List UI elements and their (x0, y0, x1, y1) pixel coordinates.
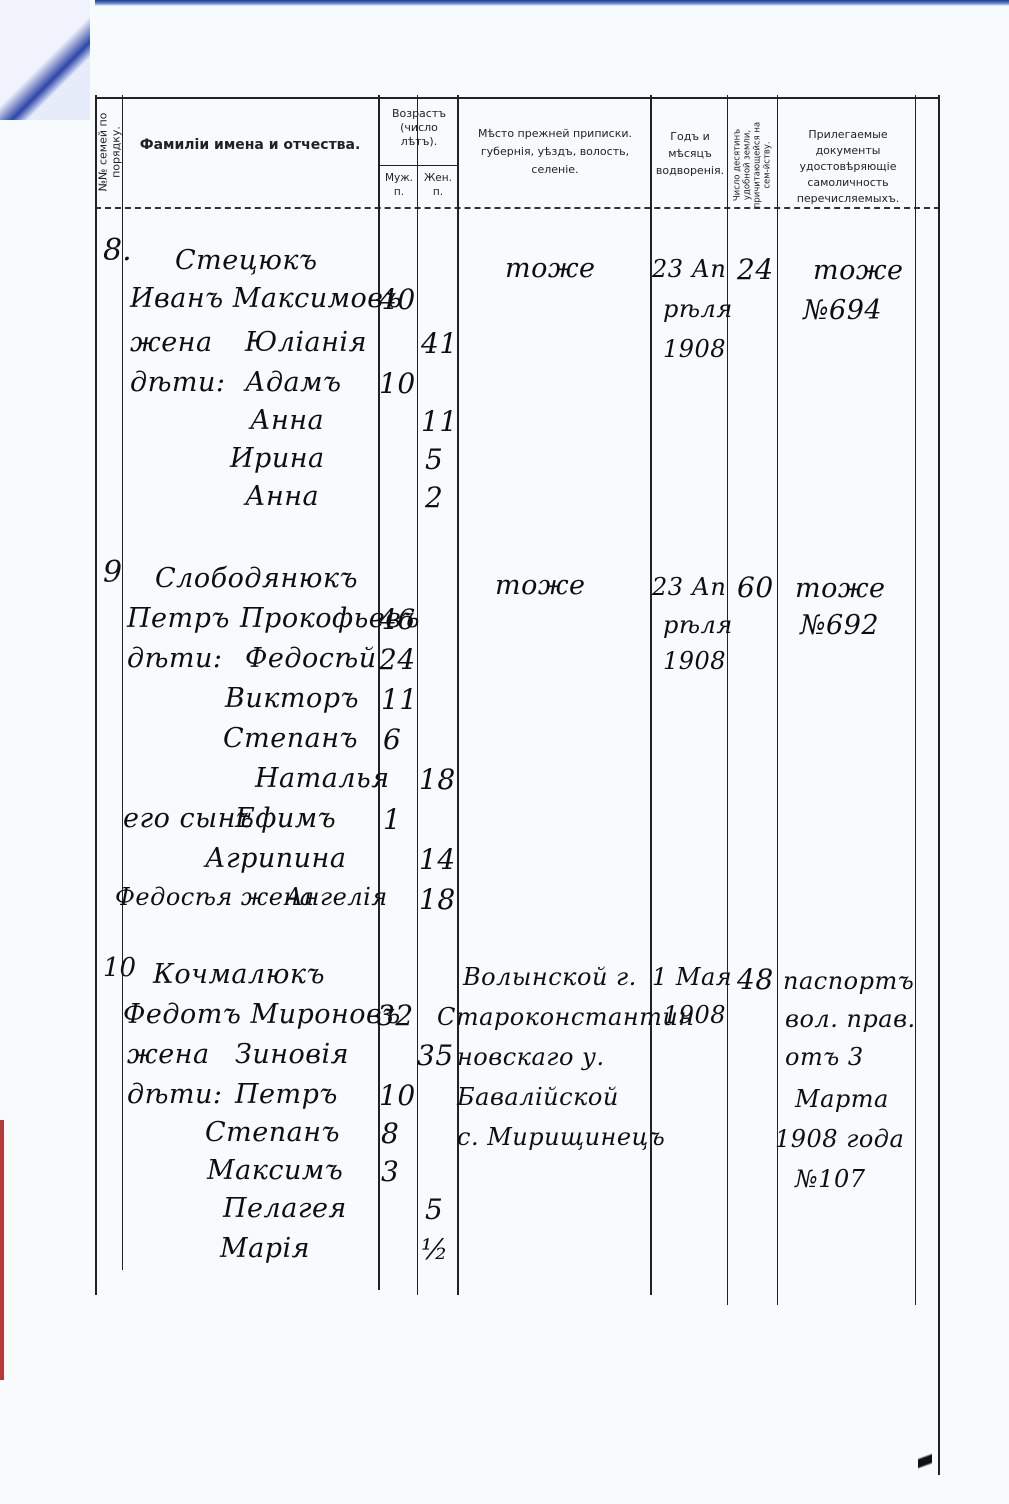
member-label: жена (130, 327, 213, 358)
ink-mark (918, 1440, 932, 1480)
table-top-rule (95, 97, 940, 99)
member-age-female: 5 (425, 1193, 443, 1226)
land-desyatinas: 24 (737, 253, 774, 286)
member-age-male: 40 (379, 283, 416, 316)
former-registration-line: с. Мирищинецъ (457, 1123, 665, 1151)
settlement-date-line: 1908 (663, 1001, 726, 1029)
header-settlement-date: Годъ и мѣсяцъ водворенiя. (653, 128, 727, 179)
header-documents: Прилегаемые документы удостовѣряющiе сам… (781, 127, 915, 207)
header-age-female: Жен. п. (419, 171, 457, 199)
member-name: Юлiанiя (245, 327, 367, 358)
document-line: тоже (813, 255, 904, 286)
member-name: Адамъ (245, 367, 342, 398)
col-line-1 (122, 95, 123, 1270)
settlement-date-line: 23 Ап (652, 573, 726, 601)
former-registration-line: новскаго у. (457, 1043, 605, 1071)
former-registration-line: Староконстантин (437, 1003, 695, 1031)
land-desyatinas: 60 (737, 571, 774, 604)
document-line: тоже (795, 573, 886, 604)
col-line-9 (938, 95, 940, 1475)
member-age-female: 2 (425, 481, 443, 514)
scan-page-fold (0, 0, 90, 120)
member-name: Степанъ (223, 723, 358, 754)
member-age-female: 41 (421, 327, 458, 360)
member-age-male: 32 (377, 999, 414, 1032)
scan-edge-left (0, 1120, 4, 1380)
member-age-female: 11 (421, 405, 458, 438)
member-name: Пелагея (223, 1193, 347, 1224)
scan-edge-top (95, 0, 1009, 6)
member-age-male: 1 (383, 803, 401, 836)
former-registration: тоже (495, 570, 586, 601)
document-line: отъ 3 (785, 1043, 864, 1071)
member-name: Петръ (235, 1079, 338, 1110)
member-name: Ангелiя (285, 883, 388, 911)
member-age-male: 10 (379, 367, 416, 400)
age-subheader-rule (380, 165, 458, 166)
col-line-4 (457, 95, 459, 1295)
header-bottom-rule (95, 207, 940, 209)
family-number: 8. (103, 233, 132, 268)
document-line: паспортъ (783, 967, 914, 995)
family-surname: Слободянюкъ (155, 563, 358, 594)
header-names: Фамилiи имена и отчества. (125, 137, 375, 153)
member-label: дѣти: (127, 643, 223, 674)
member-age-male: 11 (381, 683, 418, 716)
member-name: Анна (250, 405, 324, 436)
header-former-registration: Мѣсто прежней приписки. губернiя, уѣздъ,… (461, 125, 649, 179)
settlement-date-line: 1908 (663, 335, 726, 363)
member-label: дѣти: (127, 1079, 223, 1110)
member-name: Ирина (230, 443, 325, 474)
family-number: 10 (103, 953, 136, 983)
member-name: Викторъ (225, 683, 359, 714)
member-name: Ефимъ (235, 803, 336, 834)
member-age-female: 14 (419, 843, 456, 876)
header-family-number: №№ семей по порядку. (97, 100, 123, 205)
col-line-7 (777, 95, 778, 1305)
settlement-date-line: рѣля (663, 295, 733, 323)
document-line: №692 (800, 610, 879, 641)
member-label: жена (127, 1039, 210, 1070)
member-name: Марiя (220, 1233, 310, 1264)
document-line: 1908 года (775, 1125, 904, 1153)
member-name: Анна (245, 481, 319, 512)
document-line: Марта (795, 1085, 889, 1113)
land-desyatinas: 48 (737, 963, 774, 996)
member-age-female: 18 (419, 763, 456, 796)
document-line: вол. прав. (785, 1005, 916, 1033)
family-surname: Стецюкъ (175, 245, 317, 276)
member-age-female: ½ (421, 1233, 449, 1266)
header-age-male: Муж. п. (381, 171, 417, 199)
member-age-male: 3 (381, 1155, 399, 1188)
member-age-female: 18 (419, 883, 456, 916)
family-surname: Кочмалюкъ (153, 959, 325, 990)
member-label: Петръ (127, 603, 230, 634)
member-name: Федотъ Мироновъ (123, 999, 401, 1030)
former-registration: тоже (505, 253, 596, 284)
col-line-6 (727, 95, 728, 1305)
member-label: дѣти: (130, 367, 226, 398)
header-age: Возрастъ (число лѣтъ). (381, 107, 457, 149)
member-name: Степанъ (205, 1117, 340, 1148)
member-age-male: 24 (379, 643, 416, 676)
member-name: Максимъ (207, 1155, 343, 1186)
member-name: Иванъ Максимовъ (130, 283, 402, 314)
settlement-date-line: рѣля (663, 611, 733, 639)
col-line-0 (95, 95, 97, 1295)
header-land-desyatinas: Число десятинъ удобной земли, причитающе… (733, 113, 773, 218)
register-table: №№ семей по порядку. Фамилiи имена и отч… (95, 95, 940, 1475)
member-age-male: 8 (381, 1117, 399, 1150)
member-age-male: 6 (383, 723, 401, 756)
former-registration-line: Бавалiйской (457, 1083, 619, 1111)
settlement-date-line: 23 Ап (652, 255, 726, 283)
member-age-female: 35 (417, 1039, 454, 1072)
member-name: Агрипина (205, 843, 346, 874)
document-line: №694 (803, 295, 882, 326)
settlement-date-line: 1908 (663, 647, 726, 675)
member-age-female: 5 (425, 443, 443, 476)
family-number: 9 (103, 555, 122, 590)
member-age-male: 46 (379, 603, 416, 636)
settlement-date-line: 1 Мая (652, 963, 732, 991)
col-line-8 (915, 95, 916, 1305)
member-name: Наталья (255, 763, 390, 794)
member-name: Федосѣй (245, 643, 377, 674)
member-name: Зиновiя (235, 1039, 349, 1070)
member-age-male: 10 (379, 1079, 416, 1112)
document-line: №107 (795, 1165, 866, 1193)
former-registration-line: Волынской г. (463, 963, 637, 991)
